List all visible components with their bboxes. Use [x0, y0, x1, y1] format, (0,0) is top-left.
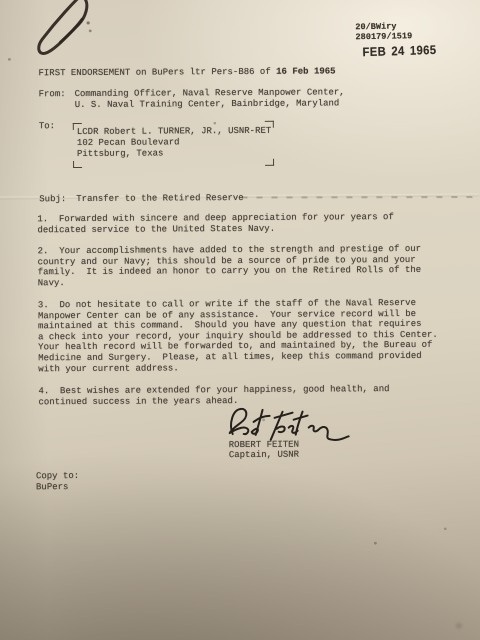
from-label: From: [39, 89, 66, 100]
paragraph-1: 1. Forwarded with sincere and deep appre… [37, 212, 394, 235]
letter-page: 20/BWiry 280179/1519 FEB 24 1965 FIRST E… [0, 0, 480, 640]
body-line: 4. Best wishes are extended for your hap… [38, 384, 389, 397]
endorsement-line: FIRST ENDORSEMENT on BuPers ltr Pers-B86… [38, 66, 335, 78]
fold-crease-marks [241, 196, 479, 198]
from-block: Commanding Officer, Naval Reserve Manpow… [75, 87, 345, 110]
endorsement-date: 16 Feb 1965 [276, 66, 335, 76]
from-line: U. S. Naval Training Center, Bainbridge,… [75, 98, 345, 110]
address-bracket-bottom-left [73, 161, 82, 168]
body-line: dedicated service to the United States N… [37, 223, 394, 236]
address-line: LCDR Robert L. TURNER, JR., USNR-RET [77, 126, 272, 138]
paperclip-icon [16, 0, 111, 69]
reference-number: 280179/1519 [355, 31, 412, 42]
subject-text: Transfer to the Retired Reserve [76, 193, 243, 205]
copy-to-line: BuPers [36, 481, 79, 492]
reference-block: 20/BWiry 280179/1519 [355, 21, 412, 43]
date-stamp: FEB 24 1965 [362, 43, 436, 59]
to-label: To: [39, 121, 55, 132]
handwritten-signature [225, 403, 351, 444]
paragraph-2: 2. Your accomplishments have added to th… [38, 244, 422, 288]
paragraph-3: 3. Do not hesitate to call or write if t… [38, 298, 438, 375]
body-line: 1. Forwarded with sincere and deep appre… [37, 212, 394, 225]
address-line: Pittsburg, Texas [77, 148, 272, 160]
copy-to-block: Copy to: BuPers [36, 471, 79, 492]
signature-title: Captain, USNR [229, 450, 299, 461]
body-line: with your current address. [38, 361, 438, 374]
copy-to-label: Copy to: [36, 471, 79, 482]
to-address-block: LCDR Robert L. TURNER, JR., USNR-RET 102… [77, 126, 272, 160]
subject-label: Subj: [39, 194, 66, 205]
endorsement-text: FIRST ENDORSEMENT on BuPers ltr Pers-B86… [38, 67, 276, 78]
address-bracket-bottom-right [265, 159, 274, 166]
